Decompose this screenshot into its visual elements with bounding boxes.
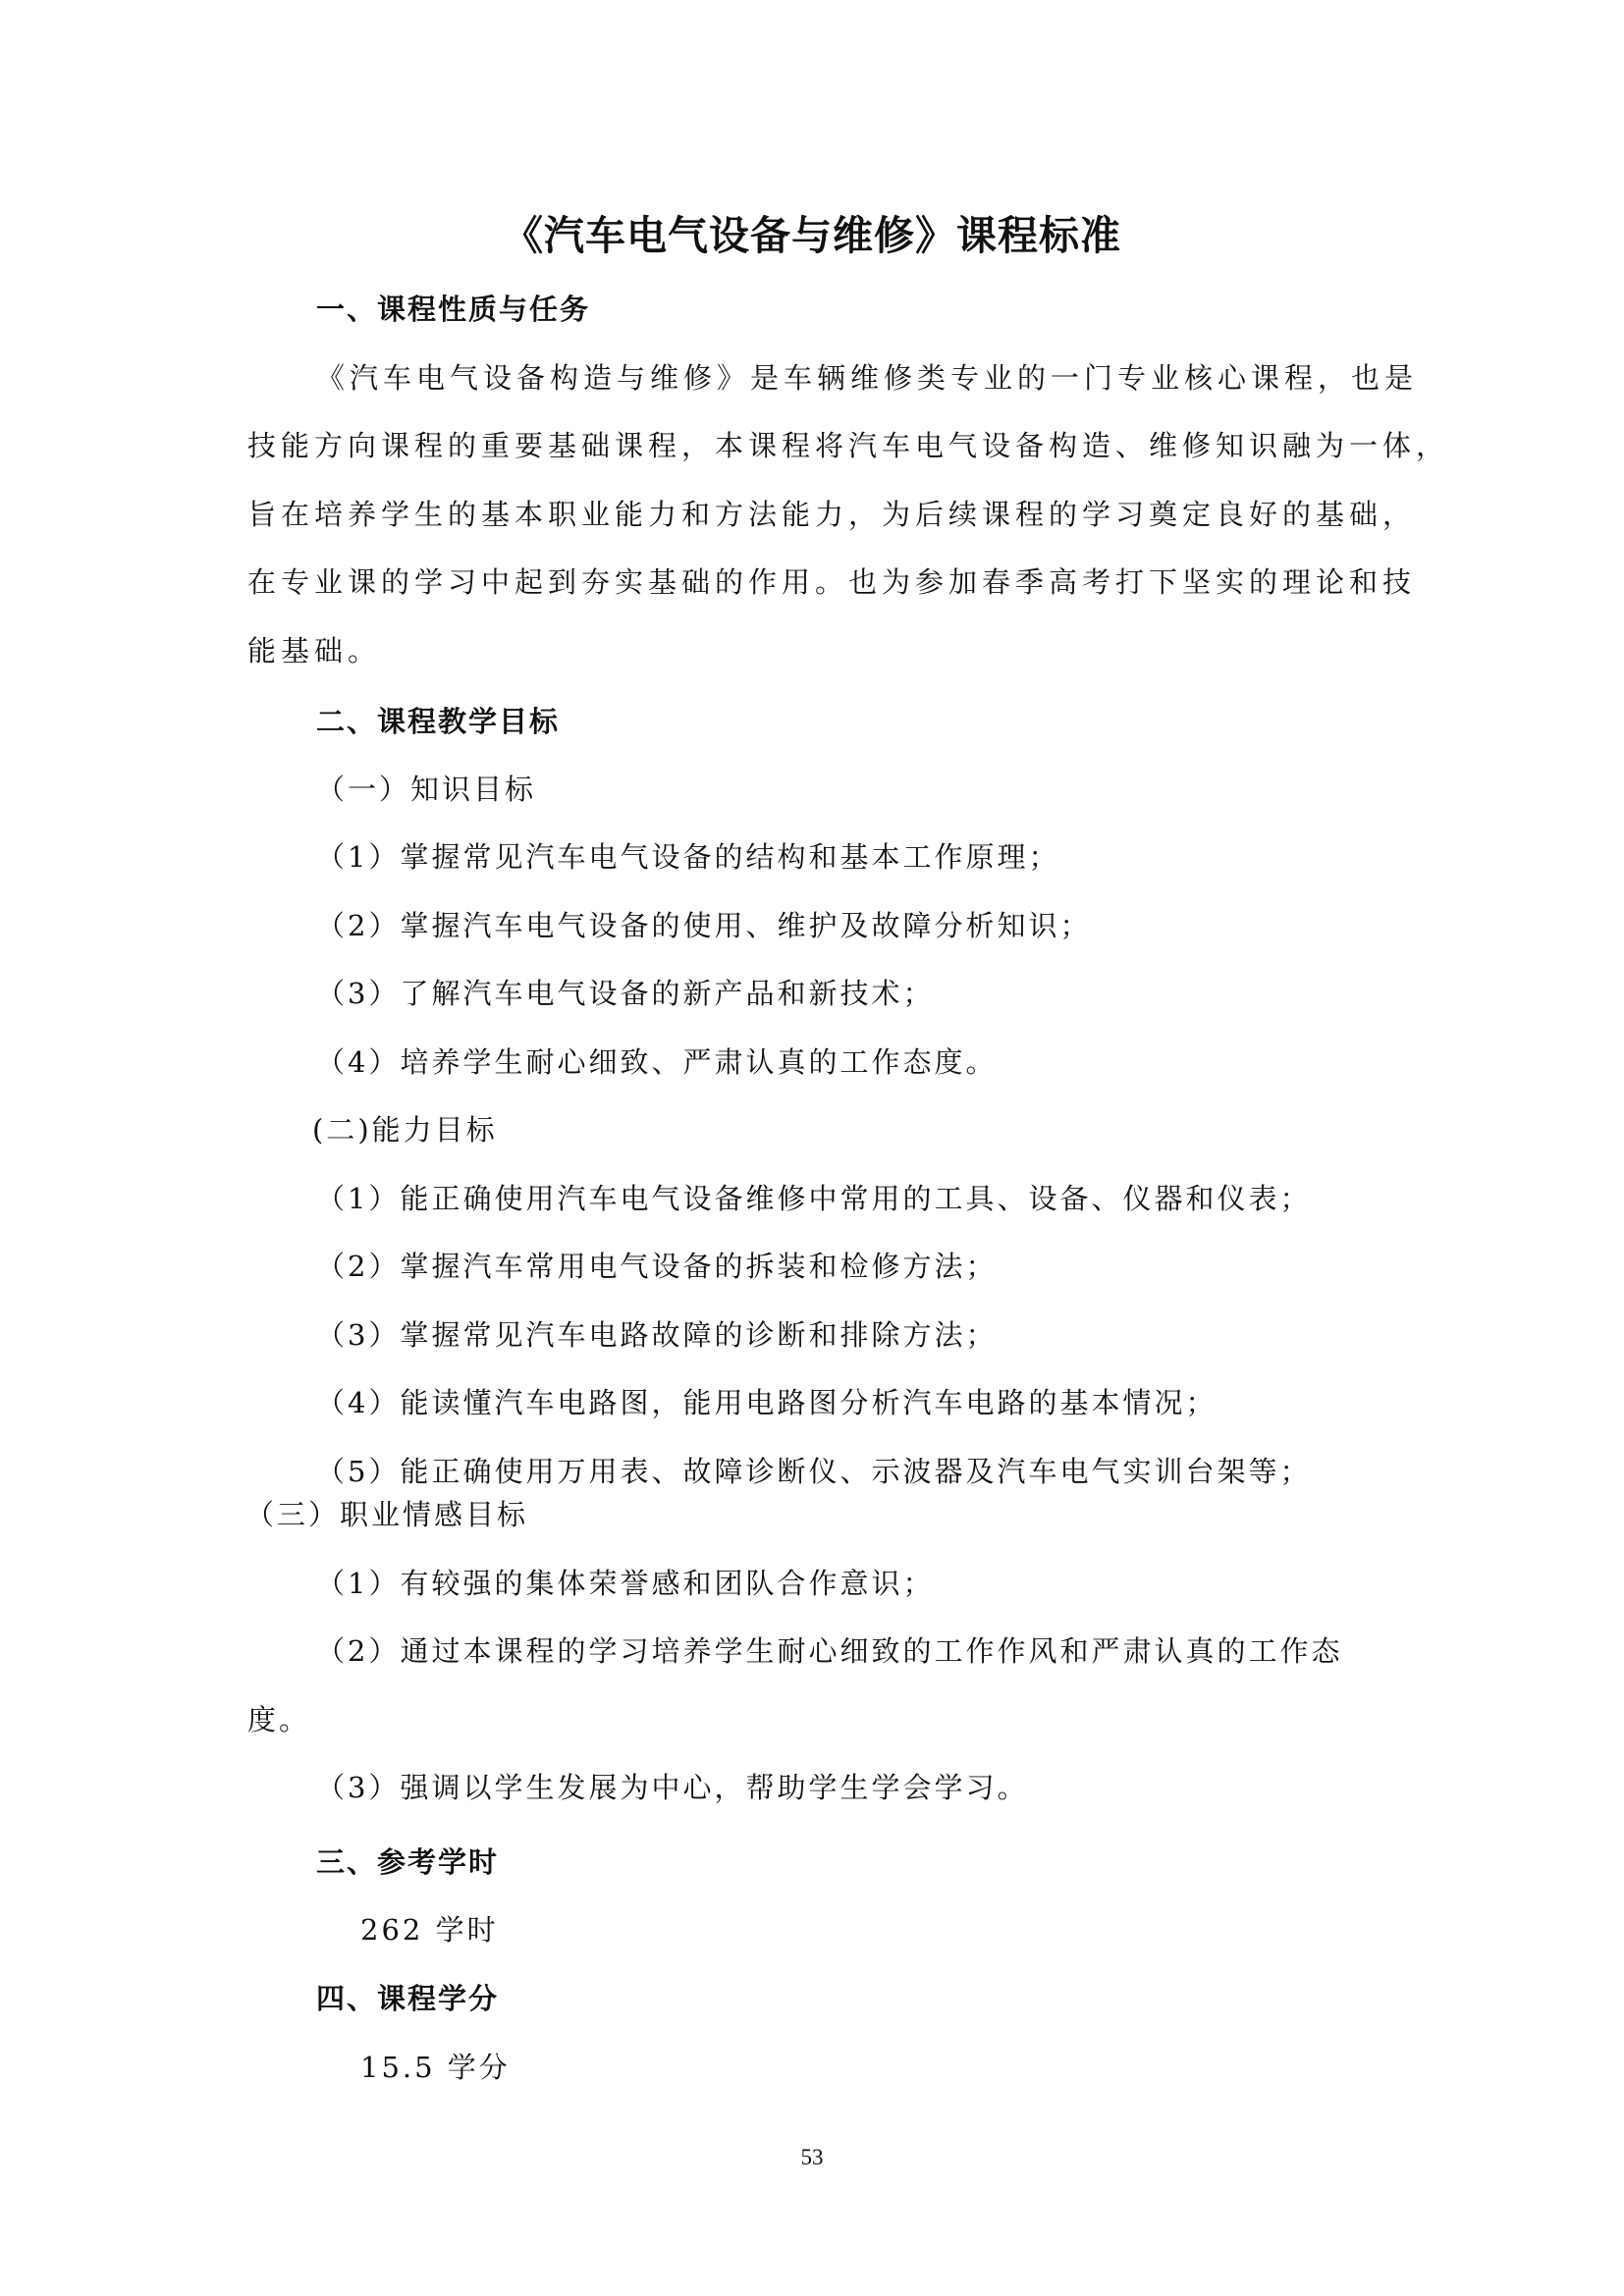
list-item: （4）能读懂汽车电路图，能用电路图分析汽车电路的基本情况；	[316, 1383, 1217, 1422]
list-item: （4）培养学生耐心细致、严肃认真的工作态度。	[316, 1042, 997, 1082]
reference-hours-value: 262 学时	[360, 1910, 499, 1949]
section-heading-course-credits: 四、课程学分	[316, 1979, 499, 2018]
section-heading-reference-hours: 三、参考学时	[316, 1842, 499, 1882]
list-item: （1）掌握常见汽车电气设备的结构和基本工作原理；	[316, 837, 1059, 877]
paragraph-line: 技能方向课程的重要基础课程，本课程将汽车电气设备构造、维修知识融为一体，	[247, 426, 1449, 465]
subheading-knowledge-objectives: （一）知识目标	[316, 770, 536, 809]
paragraph-line: 在专业课的学习中起到夯实基础的作用。也为参加春季高考打下坚实的理论和技	[247, 562, 1416, 602]
section-heading-teaching-objectives: 二、课程教学目标	[316, 702, 560, 741]
list-item-continuation: 度。	[247, 1700, 310, 1739]
list-item: （1）有较强的集体荣誉感和团队合作意识；	[316, 1564, 934, 1603]
list-item: （1）能正确使用汽车电气设备维修中常用的工具、设备、仪器和仪表；	[316, 1179, 1311, 1218]
page-number: 53	[0, 2143, 1624, 2172]
paragraph-line: 旨在培养学生的基本职业能力和方法能力，为后续课程的学习奠定良好的基础，	[247, 495, 1416, 534]
subheading-affective-objectives: （三）职业情感目标	[245, 1495, 528, 1534]
list-item: （2）掌握汽车常用电气设备的拆装和检修方法；	[316, 1247, 997, 1286]
list-item: （3）强调以学生发展为中心，帮助学生学会学习。	[316, 1768, 1028, 1807]
list-item: （2）通过本课程的学习培养学生耐心细致的工作作风和严肃认真的工作态	[316, 1631, 1342, 1671]
list-item: （3）了解汽车电气设备的新产品和新技术；	[316, 974, 934, 1013]
document-page: 《汽车电气设备与维修》课程标准 一、课程性质与任务 《汽车电气设备构造与维修》是…	[0, 0, 1624, 2296]
course-credits-value: 15.5 学分	[360, 2048, 511, 2087]
paragraph-line: 能基础。	[247, 631, 381, 670]
list-item: （3）掌握常见汽车电路故障的诊断和排除方法；	[316, 1315, 997, 1355]
list-item: （2）掌握汽车电气设备的使用、维护及故障分析知识；	[316, 906, 1091, 945]
section-heading-nature-and-tasks: 一、课程性质与任务	[316, 290, 590, 329]
document-title: 《汽车电气设备与维修》课程标准	[0, 208, 1624, 263]
list-item: （5）能正确使用万用表、故障诊断仪、示波器及汽车电气实训台架等；	[316, 1452, 1311, 1491]
paragraph-line: 《汽车电气设备构造与维修》是车辆维修类专业的一门专业核心课程，也是	[316, 358, 1418, 398]
subheading-ability-objectives: (二)能力目标	[312, 1110, 498, 1149]
